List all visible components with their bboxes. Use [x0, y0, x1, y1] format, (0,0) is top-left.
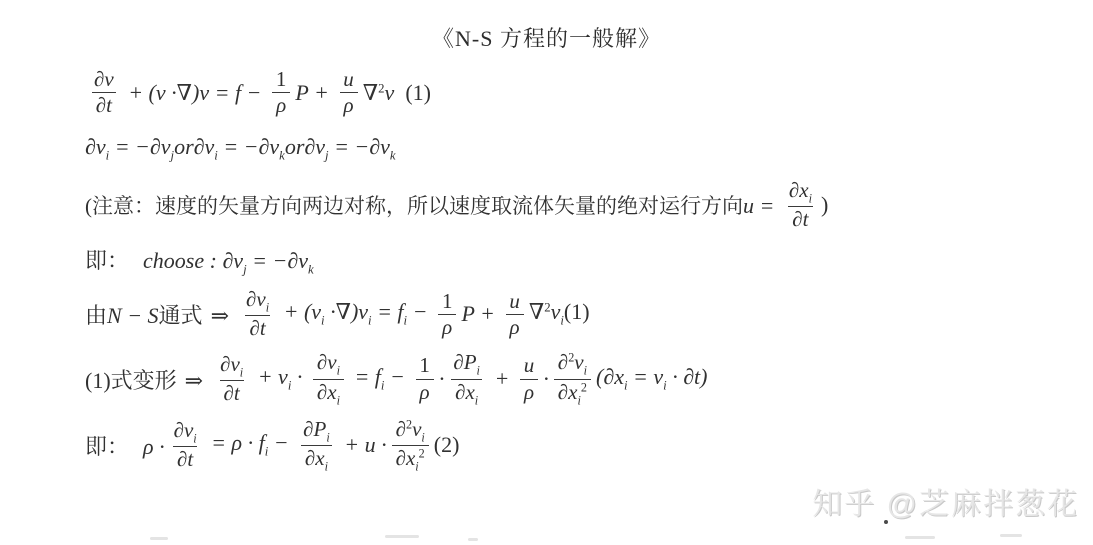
math-run: ∇2v (1)	[363, 80, 431, 106]
equation-ns-general: 由N − S通式⇒ ∂vi ∂t + (vi ·∇)vi = fi − 1 ρ …	[85, 287, 1093, 341]
math-token: ∂t	[177, 447, 193, 471]
equation-symmetry: ∂vi = −∂vjor∂vi = −∂vkor∂vj = −∂vk	[85, 134, 1093, 164]
math-token: ∂	[396, 417, 406, 441]
fraction: 1 ρ	[272, 67, 291, 118]
numerator: u	[505, 289, 524, 314]
subscript: i	[337, 364, 340, 378]
math-token: 1	[419, 353, 430, 377]
math-run: ∇2vi(1)	[529, 299, 590, 329]
math-token: +	[489, 366, 515, 391]
fraction: u ρ	[505, 289, 524, 340]
denominator: ∂t	[788, 206, 812, 232]
math-token: ∂t	[224, 381, 240, 405]
fraction: 1 ρ	[415, 353, 434, 404]
math-run: P +	[295, 80, 334, 106]
numerator: 1	[272, 67, 291, 92]
math-token: ρ	[524, 380, 534, 404]
math-token: ∇	[529, 299, 544, 324]
math-token: ∂t	[249, 316, 265, 340]
math-token: ∂x	[305, 446, 325, 470]
denominator: ρ	[340, 92, 358, 118]
numerator: ∂vi	[242, 287, 273, 315]
math-token: 1	[276, 67, 287, 91]
implies-arrow: ⇒	[185, 368, 203, 393]
math-run: + (vi ·∇)vi = fi −	[278, 299, 433, 329]
denominator: ρ	[416, 379, 434, 405]
math-token: −	[268, 430, 294, 455]
math-token: + (v	[278, 299, 321, 324]
math-token: ·	[291, 364, 308, 389]
math-token: ∂v	[94, 67, 114, 91]
denominator: ∂xi	[451, 379, 482, 408]
note-text: (注意：速度的矢量方向两边对称，所以速度取流体矢量的绝对运行方向u =	[85, 190, 780, 220]
math-token: ∂v	[317, 350, 337, 374]
math-token: + u ·	[339, 432, 387, 457]
cutoff-text-remnant	[468, 538, 478, 541]
math-token: (∂x	[596, 364, 624, 389]
math-token: = −∂v	[109, 134, 170, 159]
math-token: = v	[628, 364, 664, 389]
math-token: = −∂v	[329, 134, 390, 159]
math-run: 由N − S通式⇒	[85, 299, 237, 330]
math-token: ∂v	[174, 418, 194, 442]
math-token: ρ	[420, 380, 430, 404]
denominator: ρ	[506, 314, 524, 340]
fraction: ∂Pi ∂xi	[449, 350, 484, 407]
math-token: ∂P	[303, 417, 326, 441]
math-run: + vi ·	[252, 364, 308, 394]
math-token: ∂x	[317, 380, 337, 404]
math-token: ∂v	[85, 134, 106, 159]
subscript: i	[326, 430, 329, 444]
subscript: i	[193, 432, 196, 446]
denominator: ∂xi2	[554, 379, 591, 408]
math-token: ∂v	[304, 134, 325, 159]
math-token: = −∂v	[247, 248, 308, 273]
math-token: + v	[252, 364, 288, 389]
zhihu-watermark: 知乎 @芝麻拌葱花	[812, 479, 1079, 523]
math-token: v	[574, 350, 583, 374]
math-run: = fi −	[349, 364, 410, 394]
numerator: ∂v	[90, 67, 118, 92]
equation-number: (1)	[394, 80, 431, 105]
note-chinese: (注意：速度的矢量方向两边对称，所以速度取流体矢量的绝对运行方向	[85, 194, 743, 218]
math-token: u	[343, 67, 354, 91]
subscript: i	[809, 192, 812, 206]
denominator: ∂t	[173, 446, 197, 472]
math-token: choose :	[143, 248, 222, 273]
math-token: ∂t	[96, 93, 112, 117]
fraction: u ρ	[339, 67, 358, 118]
math-token: ∂	[558, 350, 568, 374]
subscript: i	[337, 393, 340, 407]
math-run: + u ·	[339, 432, 387, 458]
fraction: ∂2vi ∂xi2	[554, 350, 591, 407]
math-run: ∂vi = −∂vjor∂vi = −∂vkor∂vj = −∂vk	[85, 134, 396, 164]
math-token: ∂x	[558, 380, 578, 404]
numerator: ∂vi	[216, 352, 247, 380]
math-token: ρ	[442, 315, 452, 339]
superscript: 2	[581, 380, 587, 394]
math-token: P +	[295, 80, 334, 105]
math-token: −	[384, 364, 410, 389]
subscript: i	[584, 364, 587, 378]
math-token: ∂v	[222, 248, 243, 273]
math-token: v	[551, 299, 561, 324]
equation-number: (2)	[434, 432, 460, 458]
implies-arrow: ⇒	[211, 303, 229, 328]
numerator: ∂xi	[785, 178, 816, 206]
equation-1: ∂v ∂t + (v ·∇)v = f − 1 ρ P + u ρ ∇2v (1…	[85, 67, 1093, 118]
numerator: u	[339, 67, 358, 92]
label-chinese: 通式	[159, 303, 203, 328]
math-token: ∂v	[246, 287, 266, 311]
equation-number: (1)	[564, 299, 590, 324]
math-token: N − S	[107, 303, 159, 328]
note-line: (注意：速度的矢量方向两边对称，所以速度取流体矢量的绝对运行方向u = ∂xi …	[85, 178, 1093, 232]
math-token: ∂P	[453, 350, 476, 374]
fraction: ∂v ∂t	[90, 67, 118, 118]
math-token: · ∂t)	[667, 364, 708, 389]
math-token: or	[285, 134, 305, 159]
math-token: ρ ·	[143, 434, 165, 459]
math-token: ·	[543, 366, 549, 391]
math-token: ∂x	[789, 178, 809, 202]
subscript: i	[421, 430, 424, 444]
math-run: ·	[543, 366, 549, 392]
label-chinese: 由	[85, 303, 107, 328]
math-run: (1)式变形⇒	[85, 364, 211, 395]
denominator: ∂xi	[313, 379, 344, 408]
subscript: i	[475, 393, 478, 407]
math-token: ∂x	[396, 446, 416, 470]
math-token: u	[524, 353, 535, 377]
math-token: u =	[743, 193, 780, 218]
fraction: ∂xi ∂t	[785, 178, 816, 232]
subscript: i	[415, 459, 418, 473]
math-token: = f	[372, 299, 404, 324]
math-token: ∂x	[455, 380, 475, 404]
math-token: ρ	[276, 93, 286, 117]
fraction: 1 ρ	[438, 289, 457, 340]
denominator: ∂xi	[301, 445, 332, 474]
numerator: ∂2vi	[392, 417, 429, 445]
subscript: k	[308, 263, 314, 277]
math-run: P +	[461, 301, 500, 327]
label-chinese: 即：	[85, 248, 129, 273]
math-token: ρ	[344, 93, 354, 117]
math-token: ·∇)v	[325, 299, 368, 324]
cutoff-text-remnant	[884, 520, 888, 524]
document-page: 《N-S 方程的一般解》 ∂v ∂t + (v ·∇)v = f − 1 ρ P…	[0, 0, 1093, 545]
numerator: ∂Pi	[299, 417, 334, 445]
math-token: ρ	[510, 315, 520, 339]
math-token: v	[412, 417, 421, 441]
math-token: −	[407, 299, 433, 324]
math-token: u	[509, 289, 520, 313]
math-token: P +	[461, 301, 500, 326]
cutoff-text-remnant	[1000, 534, 1022, 537]
subscript: i	[477, 364, 480, 378]
math-token: 1	[442, 289, 453, 313]
math-run: +	[489, 366, 515, 392]
math-token: = ρ · f	[206, 430, 265, 455]
close-paren: )	[821, 192, 828, 218]
math-run: ·	[439, 366, 445, 392]
numerator: ∂Pi	[449, 350, 484, 378]
math-run: (∂xi = vi · ∂t)	[596, 364, 708, 394]
math-token: or	[174, 134, 194, 159]
denominator: ∂t	[245, 315, 269, 341]
fraction: ∂2vi ∂xi2	[392, 417, 429, 474]
label-chinese: (1)式变形	[85, 368, 177, 393]
math-run: 即：ρ ·	[85, 430, 165, 461]
subscript: i	[266, 301, 269, 315]
equation-transformed: (1)式变形⇒ ∂vi ∂t + vi · ∂vi ∂xi = fi − 1 ρ…	[85, 350, 1093, 407]
math-token: ∂t	[792, 207, 808, 231]
fraction: ∂vi ∂t	[170, 418, 201, 472]
math-token: + (v ·∇)v = f −	[123, 80, 267, 105]
fraction: ∂Pi ∂xi	[299, 417, 334, 474]
cutoff-text-remnant	[150, 537, 168, 540]
denominator: ρ	[520, 379, 538, 405]
denominator: ρ	[438, 314, 456, 340]
superscript: 2	[419, 446, 425, 460]
numerator: ∂vi	[170, 418, 201, 446]
fraction: ∂vi ∂t	[216, 352, 247, 406]
denominator: ρ	[272, 92, 290, 118]
math-run: 即：choose : ∂vj = −∂vk	[85, 244, 314, 278]
subscript: k	[390, 149, 396, 163]
cutoff-text-remnant	[385, 535, 419, 538]
math-token: ∂v	[220, 352, 240, 376]
label-chinese: 即：	[85, 434, 129, 459]
math-token: ∂v	[194, 134, 215, 159]
choose-line: 即：choose : ∂vj = −∂vk	[85, 244, 1093, 278]
math-token: v	[385, 80, 395, 105]
math-token: ·	[439, 366, 445, 391]
numerator: 1	[415, 353, 434, 378]
subscript: i	[325, 459, 328, 473]
fraction: ∂vi ∂t	[242, 287, 273, 341]
math-run: = ρ · fi −	[206, 430, 294, 460]
cutoff-text-remnant	[905, 536, 935, 539]
fraction: ∂vi ∂xi	[313, 350, 344, 407]
equation-2: 即：ρ · ∂vi ∂t = ρ · fi − ∂Pi ∂xi + u · ∂2…	[85, 417, 1093, 474]
fraction: u ρ	[520, 353, 539, 404]
numerator: ∂2vi	[554, 350, 591, 378]
math-token: = −∂v	[218, 134, 279, 159]
math-token: ∇	[363, 80, 378, 105]
math-run: + (v ·∇)v = f −	[123, 80, 267, 106]
numerator: u	[520, 353, 539, 378]
denominator: ∂t	[220, 380, 244, 406]
denominator: ∂xi2	[392, 445, 429, 474]
subscript: i	[240, 365, 243, 379]
numerator: ∂vi	[313, 350, 344, 378]
math-token: = f	[349, 364, 381, 389]
denominator: ∂t	[92, 92, 116, 118]
subscript: i	[578, 393, 581, 407]
numerator: 1	[438, 289, 457, 314]
page-title: 《N-S 方程的一般解》	[0, 22, 1093, 53]
